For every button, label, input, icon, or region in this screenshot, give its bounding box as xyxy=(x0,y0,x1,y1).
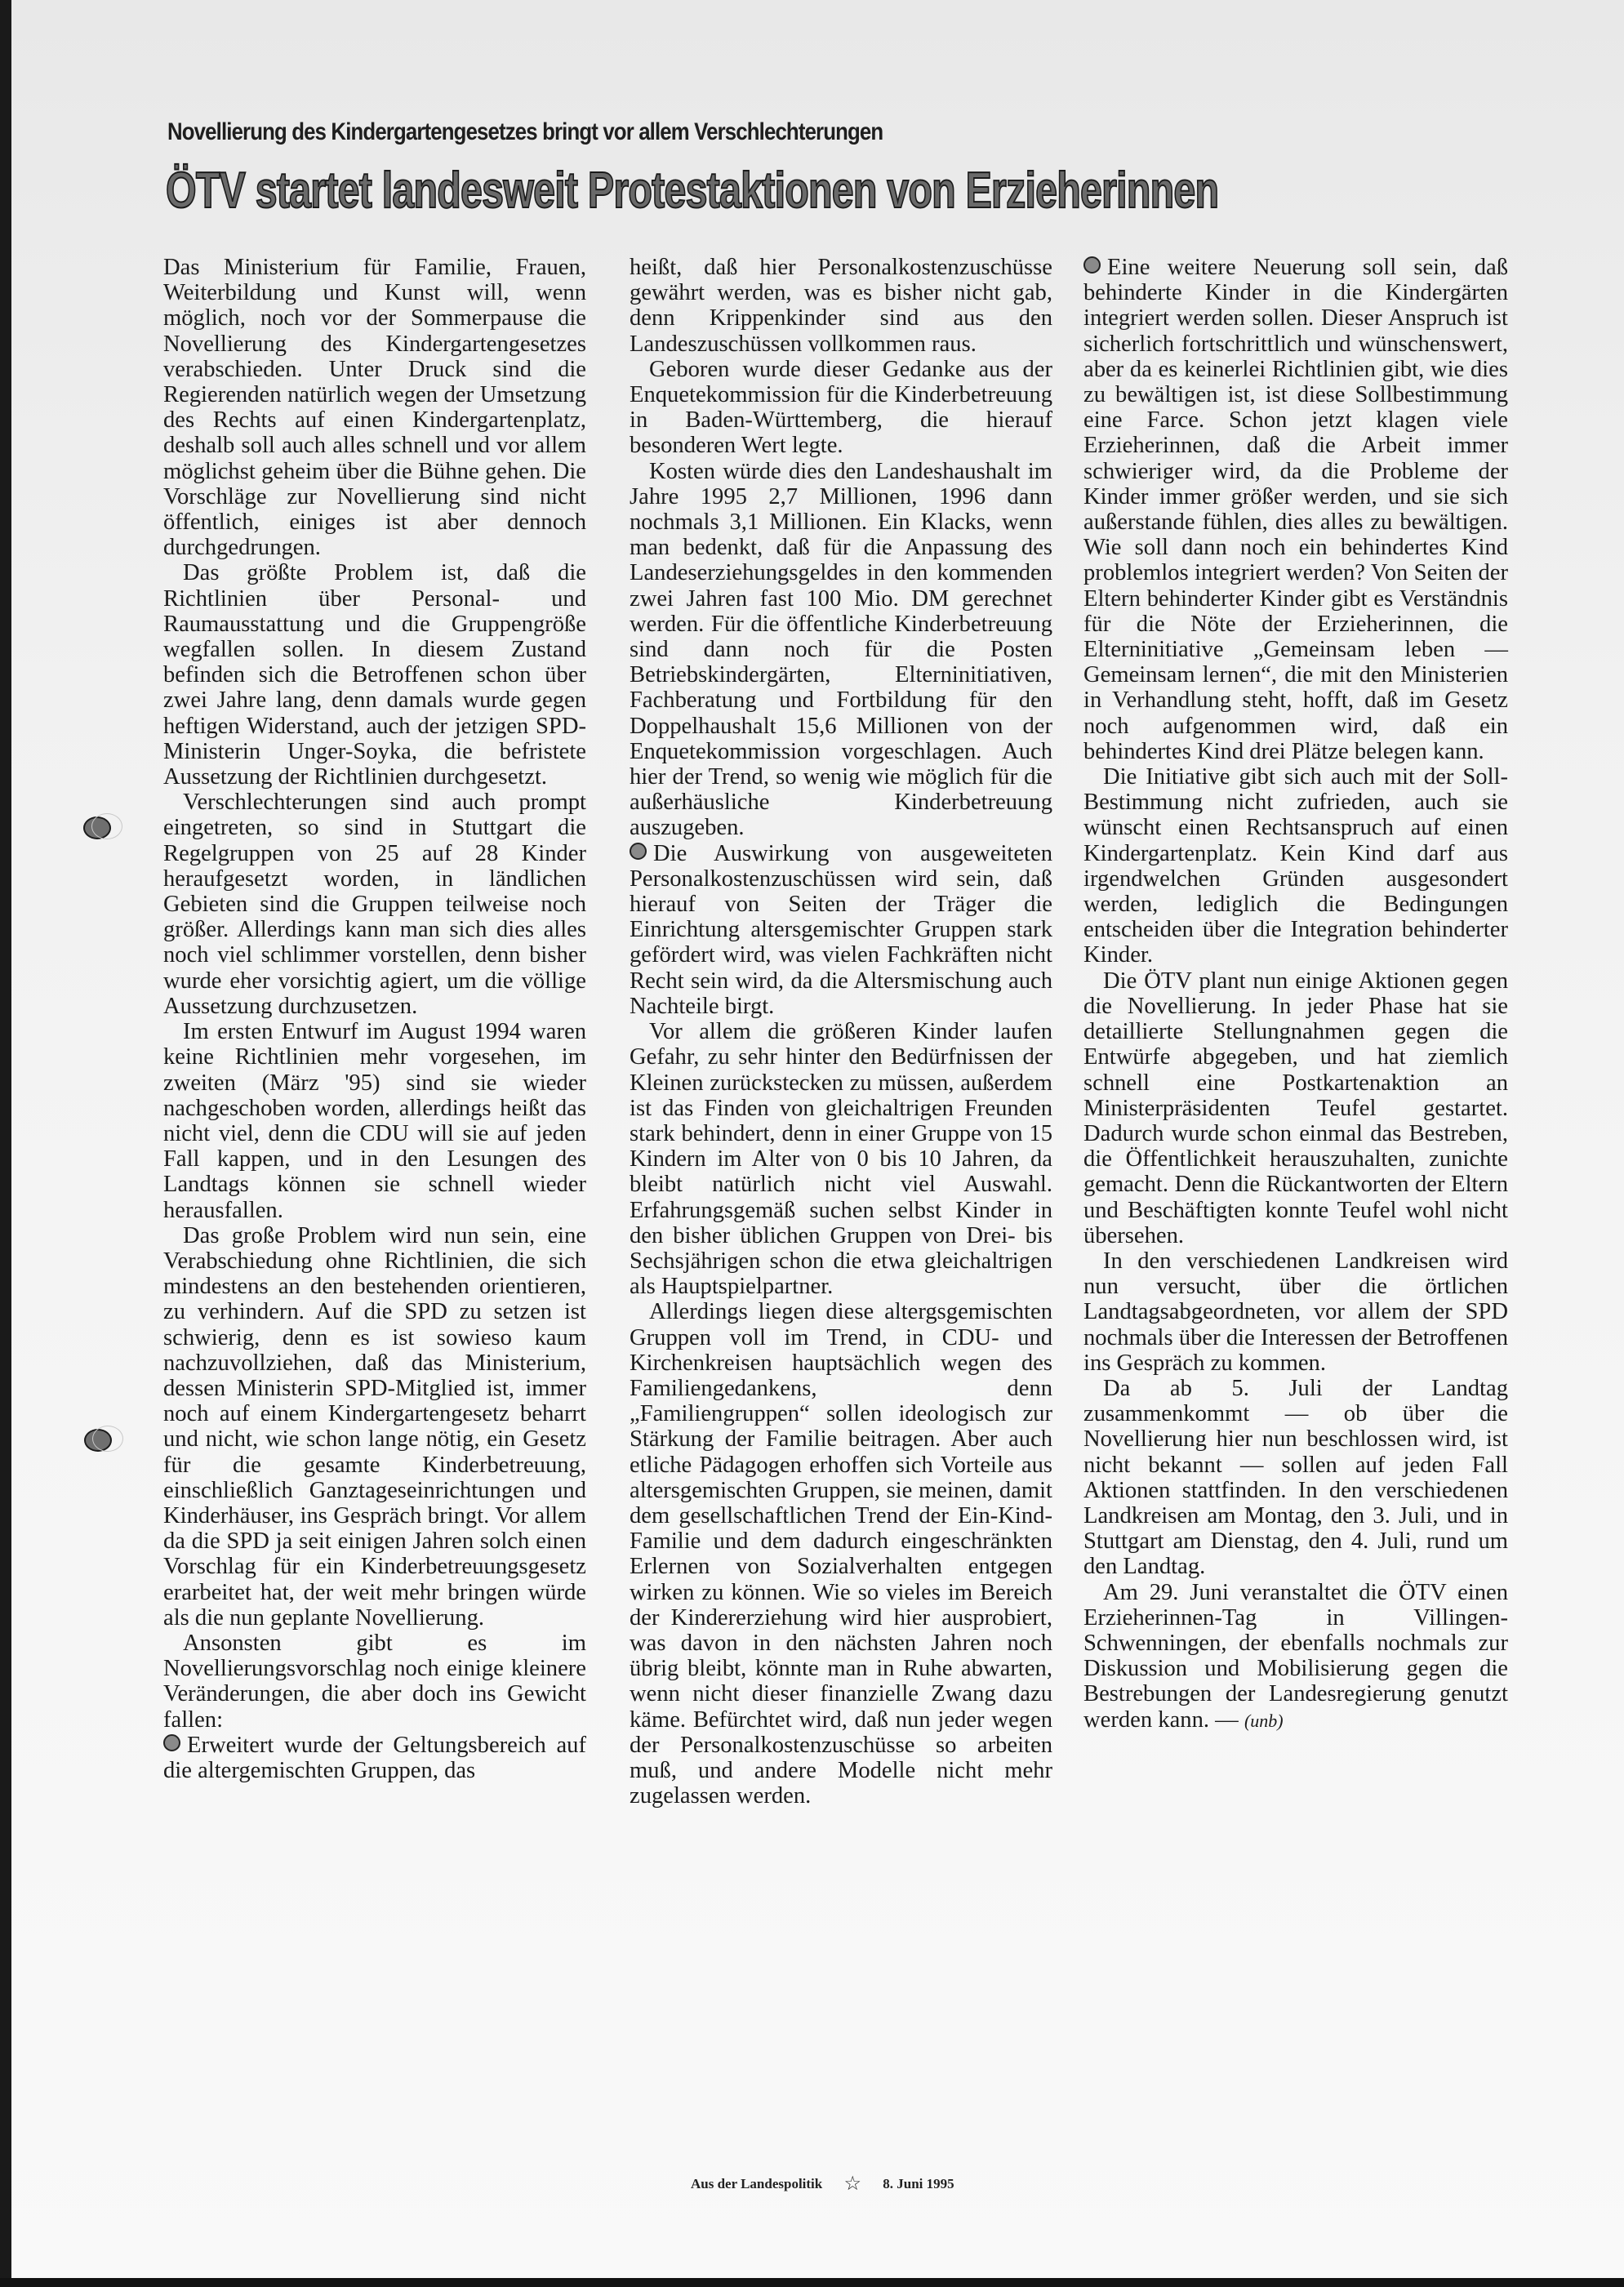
paragraph: Ansonsten gibt es im Novellierungsvorsch… xyxy=(163,1631,586,1733)
paragraph: Das große Problem wird nun sein, eine Ve… xyxy=(163,1223,586,1631)
star-icon: ☆ xyxy=(843,2174,861,2195)
bullet-paragraph: Die Auswirkung von ausgeweiteten Persona… xyxy=(630,841,1052,1019)
paragraph: Die Initiative gibt sich auch mit der So… xyxy=(1083,764,1508,968)
paragraph: Geboren wurde dieser Gedanke aus der Enq… xyxy=(630,357,1052,459)
bullet-dot-icon xyxy=(1083,256,1101,274)
punch-hole-icon xyxy=(83,816,111,839)
paragraph: Allerdings liegen diese altergsgemischte… xyxy=(630,1299,1052,1809)
footer-section: Aus der Landespolitik xyxy=(691,2176,822,2191)
paragraph: heißt, daß hier Personalkostenzuschüsse … xyxy=(630,255,1052,357)
scan-left-edge xyxy=(0,0,11,2287)
paragraph: Das größte Problem ist, daß die Richtlin… xyxy=(163,560,586,790)
page-footer: Aus der Landespolitik ☆ 8. Juni 1995 xyxy=(691,2172,954,2196)
paragraph: Kosten würde dies den Landeshaushalt im … xyxy=(630,459,1052,841)
paragraph: Im ersten Entwurf im August 1994 waren k… xyxy=(163,1019,586,1223)
article-column-3: Eine weitere Neuerung soll sein, daß beh… xyxy=(1083,255,1508,1733)
paragraph: Am 29. Juni veranstaltet die ÖTV einen E… xyxy=(1083,1580,1508,1733)
scan-bottom-edge xyxy=(0,2278,1624,2287)
paragraph: Vor allem die größeren Kinder laufen Gef… xyxy=(630,1019,1052,1299)
footer-date: 8. Juni 1995 xyxy=(883,2176,954,2191)
paragraph: In den verschiedenen Landkreisen wird nu… xyxy=(1083,1248,1508,1376)
article-headline: ÖTV startet landesweit Protestaktionen v… xyxy=(166,162,1248,220)
paragraph: Die ÖTV plant nun einige Aktionen gegen … xyxy=(1083,968,1508,1248)
punch-hole-icon xyxy=(84,1429,112,1452)
paragraph: Da ab 5. Juli der Landtag zusammenkommt … xyxy=(1083,1376,1508,1580)
article-column-2: heißt, daß hier Personalkostenzuschüsse … xyxy=(630,255,1052,1809)
article-column-1: Das Ministerium für Familie, Frauen, Wei… xyxy=(163,255,586,1783)
bullet-paragraph: Eine weitere Neuerung soll sein, daß beh… xyxy=(1083,255,1508,764)
paragraph: Das Ministerium für Familie, Frauen, Wei… xyxy=(163,255,586,560)
author-initials: (unb) xyxy=(1244,1711,1284,1731)
paragraph: Verschlechterungen sind auch prompt eing… xyxy=(163,790,586,1019)
bullet-paragraph: Erweitert wurde der Geltungsbereich auf … xyxy=(163,1733,586,1783)
bullet-dot-icon xyxy=(163,1734,180,1751)
article-kicker: Novellierung des Kindergartengesetzes br… xyxy=(167,118,1080,146)
bullet-dot-icon xyxy=(630,843,647,860)
